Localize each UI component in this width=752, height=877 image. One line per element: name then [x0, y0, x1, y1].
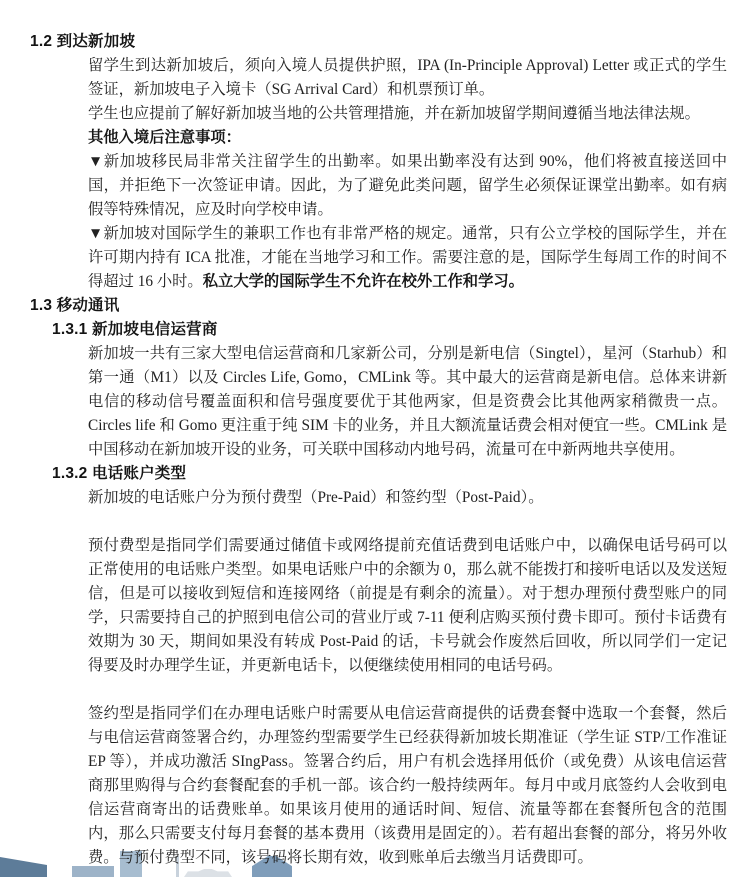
paragraph-postpaid-details: 签约型是指同学们在办理电话账户时需要从电信运营商提供的话费套餐中选取一个套餐，然…: [88, 702, 727, 870]
skyline-rooftops-icon: [184, 869, 232, 877]
work-rules-note-bold-text: 私立大学的国际学生不允许在校外工作和学习。: [203, 273, 524, 290]
section-heading-1-3-1: 1.3.1 新加坡电信运营商: [52, 318, 752, 342]
notes-title: 其他入境后注意事项：: [88, 126, 727, 150]
document-content: 1.2 到达新加坡 留学生到达新加坡后，须向入境人员提供护照，IPA (In-P…: [0, 30, 752, 870]
paragraph-work-rules-note: ▼新加坡对国际学生的兼职工作也有非常严格的规定。通常，只有公立学校的国际学生，并…: [88, 222, 727, 294]
paragraph-local-regulations: 学生也应提前了解好新加坡当地的公共管理措施，并在新加坡留学期间遵循当地法律法规。: [88, 102, 727, 126]
paragraph-spacer: [0, 510, 752, 534]
paragraph-account-types: 新加坡的电话账户分为预付费型（Pre-Paid）和签约型（Post-Paid）。: [88, 486, 727, 510]
section-heading-1-2: 1.2 到达新加坡: [30, 30, 752, 54]
paragraph-prepaid-details: 预付费型是指同学们需要通过储值卡或网络提前充值话费到电话账户中，以确保电话号码可…: [88, 534, 727, 678]
document-page: 1.2 到达新加坡 留学生到达新加坡后，须向入境人员提供护照，IPA (In-P…: [0, 0, 752, 877]
paragraph-telecom-carriers: 新加坡一共有三家大型电信运营商和几家新公司，分别是新电信（Singtel），星河…: [88, 342, 727, 462]
paragraph-attendance-note: ▼新加坡移民局非常关注留学生的出勤率。如果出勤率没有达到 90%，他们将被直接送…: [88, 150, 727, 222]
paragraph-arrival-documents: 留学生到达新加坡后，须向入境人员提供护照，IPA (In-Principle A…: [88, 54, 727, 102]
section-heading-1-3: 1.3 移动通讯: [30, 294, 752, 318]
paragraph-spacer: [0, 678, 752, 702]
section-heading-1-3-2: 1.3.2 电话账户类型: [52, 462, 752, 486]
